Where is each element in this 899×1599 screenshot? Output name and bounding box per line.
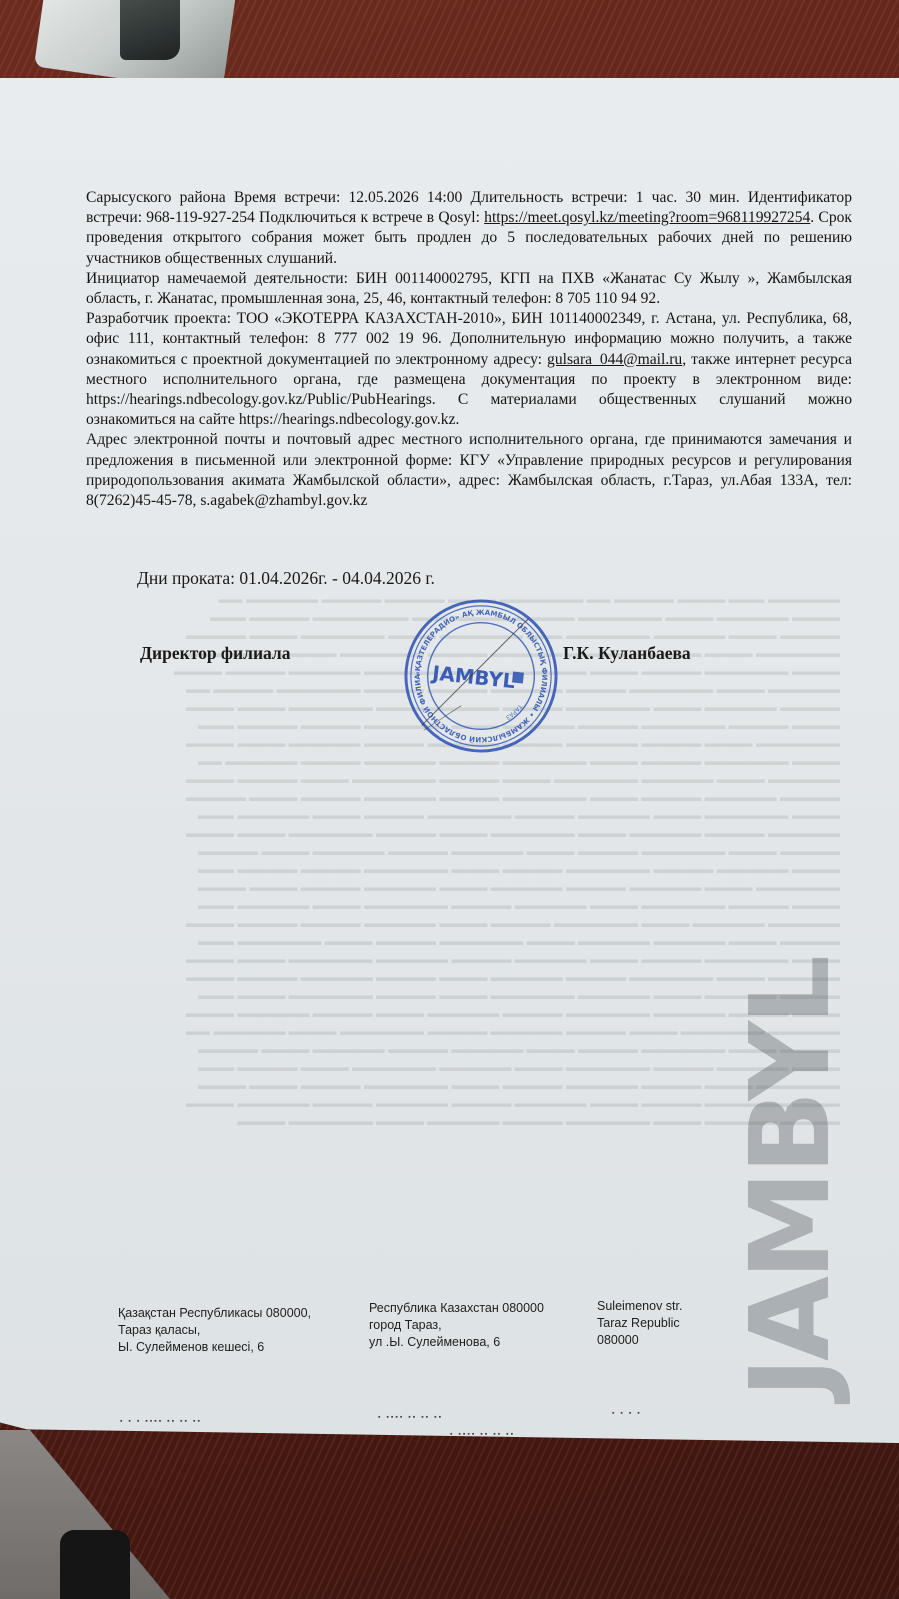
signatory-position: Директор филиала: [140, 643, 291, 664]
floor-shadow: [60, 1530, 130, 1599]
footer-russian-address: Республика Казахстан 080000 город Тараз,…: [369, 1300, 544, 1351]
signatory-name: Г.К. Куланбаева: [563, 643, 691, 664]
device-screen-edge: [120, 0, 180, 60]
paragraph-executive-body-address: Адрес электронной почты и почтовый адрес…: [86, 430, 852, 511]
footer-cut-off-phone-line: ▪ ▪▪▪▪ ▪▪ ▪▪ ▪▪: [450, 1431, 515, 1438]
document-body: Сарысуского района Время встречи: 12.05.…: [86, 188, 852, 511]
rental-days: Дни проката: 01.04.2026г. - 04.04.2026 г…: [137, 568, 435, 589]
official-stamp: «ҚАЗТЕЛЕРАДИО» АҚ ЖАМБЫЛ ОБЛЫСТЫҚ ФИЛИАЛ…: [402, 597, 560, 755]
jambyl-watermark: JAMBYL: [735, 908, 845, 1398]
footer-english-address: Suleimenov str. Taraz Republic 080000: [597, 1298, 682, 1349]
developer-email-link[interactable]: gulsara_044@mail.ru: [547, 351, 682, 368]
footer-cut-off-email-line: ▪ ▪ ▪ ▪: [612, 1410, 642, 1417]
footer-kazakh-address: Қазақстан Республикасы 080000, Тараз қал…: [118, 1305, 311, 1356]
qosyl-meeting-link[interactable]: https://meet.qosyl.kz/meeting?room=96811…: [484, 209, 810, 226]
stamp-logo-mark: [512, 672, 524, 684]
stamp-center-logo: JAMBYL: [429, 661, 516, 693]
footer-cut-off-phone-line: ▪ ▪▪▪▪ ▪▪ ▪▪ ▪▪: [378, 1414, 443, 1421]
footer-cut-off-phone-line: ▪ ▪ ▪ ▪▪▪▪ ▪▪ ▪▪ ▪▪: [120, 1418, 202, 1425]
paragraph-developer: Разработчик проекта: ТОО «ЭКОТЕРРА КАЗАХ…: [86, 309, 852, 430]
paragraph-initiator: Инициатор намечаемой деятельности: БИН 0…: [86, 269, 852, 309]
paragraph-meeting-info: Сарысуского района Время встречи: 12.05.…: [86, 188, 852, 269]
